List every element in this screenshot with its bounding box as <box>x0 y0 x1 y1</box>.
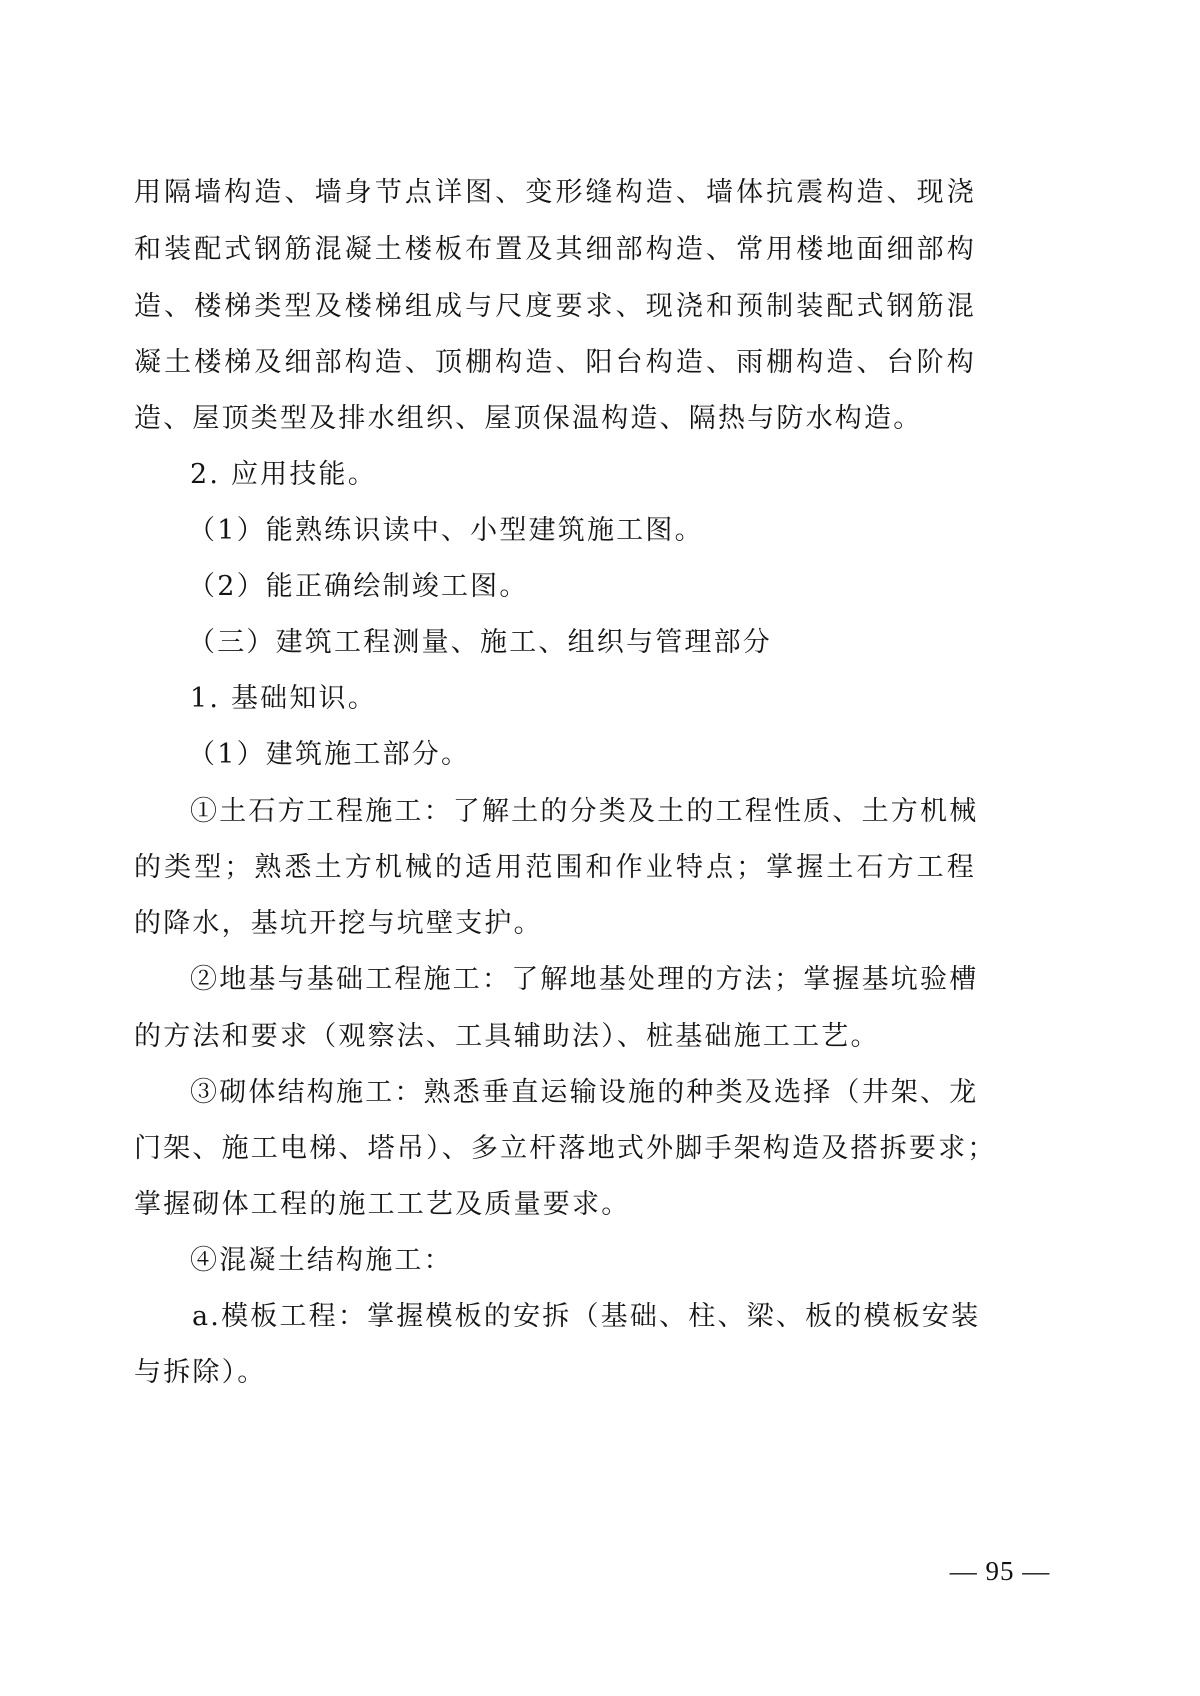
text-line: 的类型；熟悉土方机械的适用范围和作业特点；掌握土石方工程 <box>134 851 976 885</box>
document-page: 用隔墙构造、墙身节点详图、变形缝构造、墙体抗震构造、现浇 和装配式钢筋混凝土楼板… <box>0 0 1200 1696</box>
subheading-concrete: ④混凝土结构施工： <box>190 1244 976 1278</box>
list-item: （1）建筑施工部分。 <box>188 738 976 772</box>
text-line: 造、楼梯类型及楼梯组成与尺度要求、现浇和预制装配式钢筋混 <box>134 290 976 324</box>
subheading-applied-skills: 2. 应用技能。 <box>190 458 976 492</box>
text-line: ②地基与基础工程施工：了解地基处理的方法；掌握基坑验槽 <box>190 963 976 997</box>
text-line: 用隔墙构造、墙身节点详图、变形缝构造、墙体抗震构造、现浇 <box>134 176 976 210</box>
text-line: ①土石方工程施工：了解土的分类及土的工程性质、土方机械 <box>190 795 976 829</box>
list-item: （2）能正确绘制竣工图。 <box>188 570 976 604</box>
text-line: 和装配式钢筋混凝土楼板布置及其细部构造、常用楼地面细部构 <box>134 233 976 267</box>
subheading-basic-knowledge: 1. 基础知识。 <box>190 682 976 716</box>
section-heading: （三）建筑工程测量、施工、组织与管理部分 <box>188 626 976 660</box>
text-line: 门架、施工电梯、塔吊）、多立杆落地式外脚手架构造及搭拆要求； <box>134 1132 976 1166</box>
text-line: 掌握砌体工程的施工工艺及质量要求。 <box>134 1188 976 1222</box>
text-line: 造、屋顶类型及排水组织、屋顶保温构造、隔热与防水构造。 <box>134 402 976 436</box>
list-item: （1）能熟练识读中、小型建筑施工图。 <box>188 514 976 548</box>
text-line: 与拆除）。 <box>134 1356 976 1390</box>
text-line: a.模板工程：掌握模板的安拆（基础、柱、梁、板的模板安装 <box>192 1300 976 1334</box>
text-line: 的降水，基坑开挖与坑壁支护。 <box>134 907 976 941</box>
page-number: — 95 — <box>900 1556 1100 1587</box>
text-line: 的方法和要求（观察法、工具辅助法）、桩基础施工工艺。 <box>134 1020 976 1054</box>
text-line: 凝土楼梯及细部构造、顶棚构造、阳台构造、雨棚构造、台阶构 <box>134 346 976 380</box>
text-line: ③砌体结构施工：熟悉垂直运输设施的种类及选择（井架、龙 <box>190 1076 976 1110</box>
